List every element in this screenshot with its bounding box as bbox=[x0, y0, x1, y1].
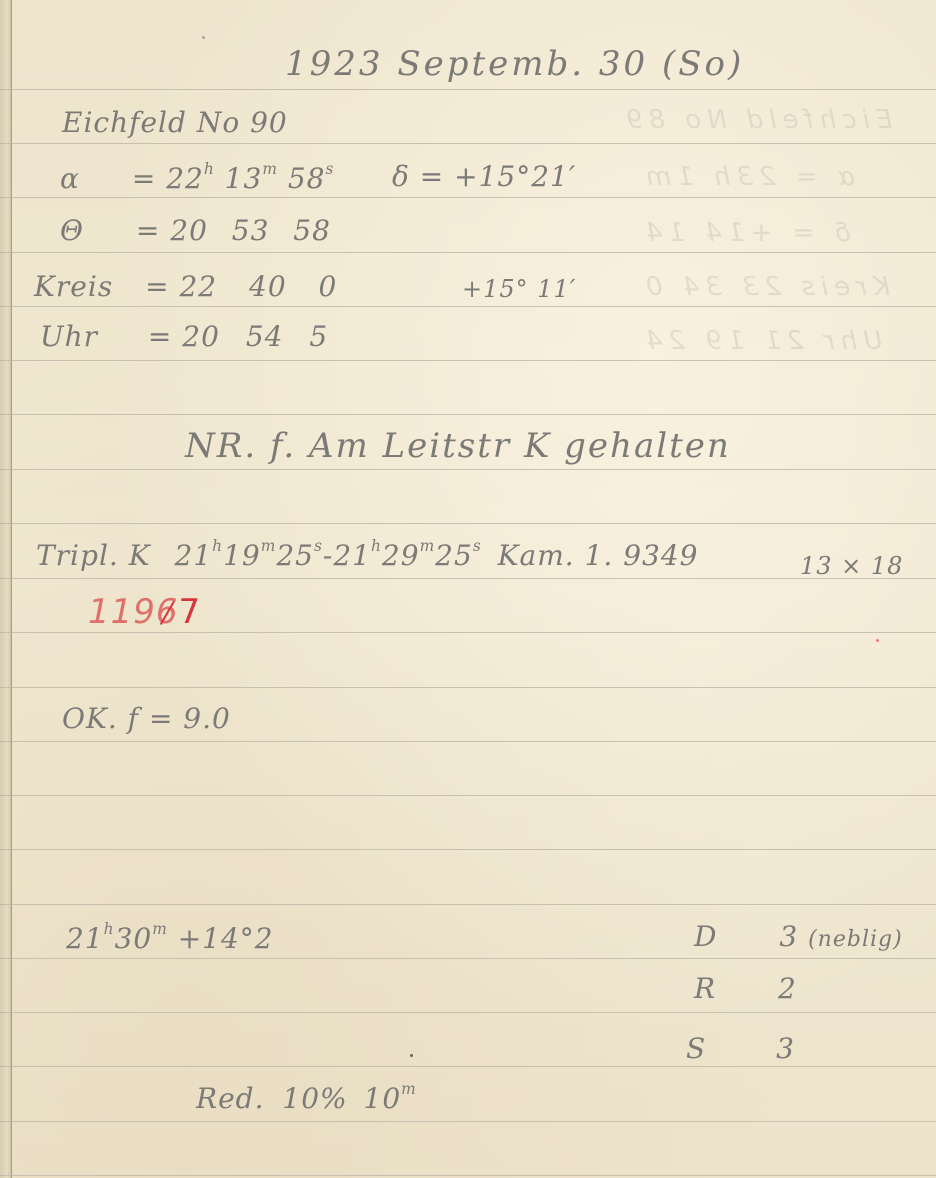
reduction-percent: 10% bbox=[282, 1082, 347, 1115]
entry-date: 1923 Septemb. 30 (So) bbox=[285, 44, 744, 84]
reduction-row: Red. 10% 10m bbox=[196, 1080, 417, 1115]
position-m: 30 bbox=[115, 922, 153, 955]
exposure-start-h: 21 bbox=[175, 539, 213, 572]
ruled-line bbox=[0, 360, 936, 361]
uhr-value: 20 54 5 bbox=[182, 320, 328, 353]
ruled-line bbox=[0, 632, 936, 633]
condition-label: S bbox=[686, 1032, 706, 1065]
position-row: 21h30m +14°2 bbox=[66, 920, 274, 955]
plate-number-prefix: 119 bbox=[88, 592, 156, 632]
kreis-row: Kreis = 22 40 0 bbox=[34, 270, 337, 303]
ruled-line bbox=[0, 252, 936, 253]
reduction-time: 10 bbox=[364, 1082, 402, 1115]
alpha-hours: 22 bbox=[166, 162, 204, 195]
ruled-line bbox=[0, 89, 936, 90]
position-h: 21 bbox=[66, 922, 104, 955]
kreis-value: 22 40 0 bbox=[179, 270, 337, 303]
alpha-symbol: α bbox=[60, 162, 80, 195]
alpha-row: α = 22h 13m 58s bbox=[60, 160, 334, 195]
paper-speck bbox=[202, 36, 205, 39]
minute-unit: m bbox=[262, 160, 278, 178]
plate-number: 11967 bbox=[88, 592, 201, 632]
second-unit: s bbox=[325, 160, 334, 178]
theta-row: Θ = 20 53 58 bbox=[60, 214, 331, 247]
ruled-line bbox=[0, 795, 936, 796]
bleed-through-text: α = 23h 1m bbox=[640, 162, 855, 192]
exposure-end-s: 25 bbox=[435, 539, 473, 572]
exposure-end-h: 21 bbox=[333, 539, 371, 572]
bleed-through-text: Eichfeld No 89 bbox=[620, 105, 892, 135]
alpha-minutes: 13 bbox=[225, 162, 263, 195]
ruled-line bbox=[0, 849, 936, 850]
ruled-line bbox=[0, 687, 936, 688]
notebook-page: Eichfeld No 89 α = 23h 1m δ = +14 14 Kre… bbox=[0, 0, 936, 1178]
kreis-declination: +15° 11′ bbox=[462, 275, 576, 303]
ruled-line bbox=[0, 306, 936, 307]
bleed-through-text: Uhr 21 19 24 bbox=[640, 326, 882, 356]
exposure-end-m: 29 bbox=[382, 539, 420, 572]
alpha-equals: = bbox=[132, 162, 156, 195]
page-binding-edge bbox=[0, 0, 12, 1178]
condition-row: R 2 bbox=[694, 972, 797, 1005]
exposure-start-m: 19 bbox=[223, 539, 261, 572]
ruled-line bbox=[0, 1012, 936, 1013]
uhr-row: Uhr = 20 54 5 bbox=[40, 320, 328, 353]
condition-label: D bbox=[694, 920, 717, 953]
position-dec: +14°2 bbox=[178, 922, 274, 955]
plate-size: 13 × 18 bbox=[800, 552, 903, 580]
ruled-line bbox=[0, 143, 936, 144]
kreis-equals: = bbox=[145, 270, 169, 303]
camera-id: Kam. 1. 9349 bbox=[498, 539, 699, 572]
theta-symbol: Θ bbox=[60, 214, 84, 247]
ruled-line bbox=[0, 197, 936, 198]
bleed-through-text: Kreis 23 34 0 bbox=[640, 272, 890, 302]
condition-value: 2 bbox=[778, 972, 797, 1005]
ruled-line bbox=[0, 523, 936, 524]
ruled-line bbox=[0, 958, 936, 959]
uhr-label: Uhr bbox=[40, 320, 98, 353]
exposure-label: Tripl. K bbox=[36, 539, 151, 572]
condition-row: D 3 (neblig) bbox=[694, 920, 903, 953]
condition-label: R bbox=[694, 972, 716, 1005]
condition-value: 3 bbox=[776, 1032, 795, 1065]
corrected-digit: 7 bbox=[179, 592, 202, 632]
bleed-through-text: δ = +14 14 bbox=[640, 218, 850, 248]
reduction-time-unit: m bbox=[401, 1080, 417, 1098]
ruled-line bbox=[0, 1121, 936, 1122]
uhr-equals: = bbox=[148, 320, 172, 353]
theta-value: 20 53 58 bbox=[170, 214, 331, 247]
exposure-start-s: 25 bbox=[276, 539, 314, 572]
field-title: Eichfeld No 90 bbox=[62, 106, 288, 139]
delta-value: δ = +15°21′ bbox=[392, 160, 576, 193]
ruled-line bbox=[0, 1175, 936, 1176]
ruled-line bbox=[0, 1066, 936, 1067]
ruled-line bbox=[0, 904, 936, 905]
condition-note: (neblig) bbox=[808, 927, 903, 952]
ruled-line bbox=[0, 469, 936, 470]
ruled-line bbox=[0, 741, 936, 742]
exposure-row: Tripl. K 21h19m25s-21h29m25s Kam. 1. 934… bbox=[36, 537, 698, 572]
hour-unit: h bbox=[204, 160, 215, 178]
ruled-line bbox=[0, 414, 936, 415]
kreis-label: Kreis bbox=[34, 270, 113, 303]
theta-equals: = bbox=[136, 214, 160, 247]
condition-row: S 3 bbox=[686, 1032, 795, 1065]
alpha-seconds: 58 bbox=[288, 162, 326, 195]
ocular-focal-length: OK. f = 9.0 bbox=[62, 702, 231, 735]
guiding-note: NR. f. Am Leitstr K gehalten bbox=[185, 426, 731, 466]
paper-speck bbox=[410, 1054, 413, 1057]
exposure-sep: - bbox=[323, 539, 333, 572]
ruled-line bbox=[0, 578, 936, 579]
paper-speck bbox=[876, 639, 879, 642]
struck-digit: 6 bbox=[156, 592, 179, 632]
reduction-label: Red. bbox=[196, 1082, 264, 1115]
condition-value: 3 bbox=[779, 920, 798, 953]
